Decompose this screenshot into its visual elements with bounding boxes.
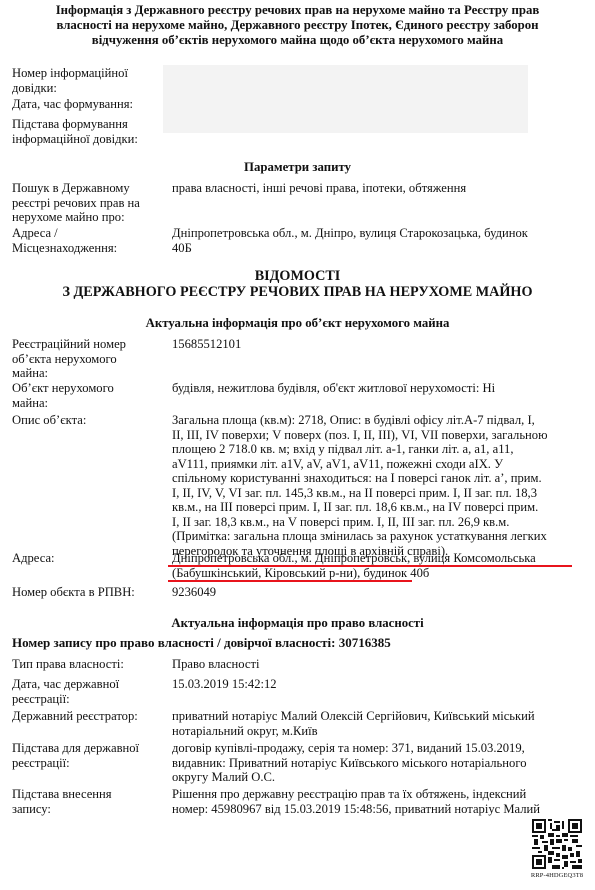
description-line: площею 2 718.0 кв. м; вхід у підвал літ.… bbox=[172, 442, 572, 457]
property-section-title: Актуальна інформація про об’єкт нерухомо… bbox=[0, 316, 595, 331]
property-description-value: Загальна площа (кв.м): 2718, Опис: в буд… bbox=[172, 413, 572, 558]
ownership-record-title: Номер запису про право власності / довір… bbox=[12, 636, 391, 651]
address-line-2: (Бабушкінський, Кіровський р-ни), будино… bbox=[172, 566, 572, 581]
label-line: об’єкта нерухомого bbox=[12, 352, 160, 367]
label-line: Номер інформаційної bbox=[12, 66, 160, 81]
description-line: (Примітка: загальна площа змінилась за р… bbox=[172, 529, 572, 544]
label-line: нерухоме майно про: bbox=[12, 210, 160, 225]
header-line-3: відчуження об’єктів нерухомого майна щод… bbox=[30, 33, 565, 48]
ownership-registrar-label: Державний реєстратор: bbox=[12, 709, 160, 724]
ownership-basis-value: договір купівлі-продажу, серія та номер:… bbox=[172, 741, 572, 785]
value-line: нотаріальний округ, м.Київ bbox=[172, 724, 572, 739]
main-title: ВІДОМОСТІ З ДЕРЖАВНОГО РЕЄСТРУ РЕЧОВИХ П… bbox=[0, 268, 595, 300]
property-description-label: Опис об’єкта: bbox=[12, 413, 160, 428]
property-rpvn-label: Номер обєкта в РПВН: bbox=[12, 585, 160, 600]
description-line: І, ІІ, ІV, V, VІ заг. пл. 145,3 кв.м., н… bbox=[172, 486, 572, 501]
address-line-text: (Бабушкінський, Кіровський р-ни), будино… bbox=[172, 566, 429, 580]
value-line: договір купівлі-продажу, серія та номер:… bbox=[172, 741, 572, 756]
property-address-value: Дніпропетровська обл., м. Дніпропетровсь… bbox=[172, 551, 572, 580]
label-line: майна: bbox=[12, 366, 160, 381]
label-line: Місцезнаходження: bbox=[12, 241, 160, 256]
qr-code-text: RRP-4HDGEQ3T8 bbox=[522, 872, 592, 880]
ownership-registrar-value: приватний нотаріус Малий Олексій Сергійо… bbox=[172, 709, 572, 738]
header-line-1: Інформація з Державного реєстру речових … bbox=[30, 3, 565, 18]
ownership-reg-date-label: Дата, час державної реєстрації: bbox=[12, 677, 160, 706]
ownership-entry-basis-value: Рішення про державну реєстрацію прав та … bbox=[172, 787, 572, 816]
label-line: Пошук в Державному bbox=[12, 181, 160, 196]
value-line: округу Малий О.С. bbox=[172, 770, 572, 785]
property-object-value: будівля, нежитлова будівля, об'єкт житло… bbox=[172, 381, 572, 396]
reference-datetime-label: Дата, час формування: bbox=[12, 97, 160, 112]
value-line: видавник: Приватний нотаріус Київського … bbox=[172, 756, 572, 771]
label-line: майна: bbox=[12, 396, 160, 411]
redacted-values-block bbox=[163, 65, 528, 133]
label-line: Реєстраційний номер bbox=[12, 337, 160, 352]
ownership-type-label: Тип права власності: bbox=[12, 657, 160, 672]
label-line: реєстрації: bbox=[12, 692, 160, 707]
qr-code-icon bbox=[532, 819, 582, 869]
reference-number-label: Номер інформаційної довідки: bbox=[12, 66, 160, 95]
ownership-section-title: Актуальна інформація про право власності bbox=[0, 616, 595, 631]
label-line: Підстава внесення bbox=[12, 787, 160, 802]
property-reg-number-value: 15685512101 bbox=[172, 337, 572, 352]
main-title-line-1: ВІДОМОСТІ bbox=[0, 268, 595, 284]
query-search-label: Пошук в Державному реєстрі речових прав … bbox=[12, 181, 160, 225]
label-line: реєстрі речових прав на bbox=[12, 196, 160, 211]
label-line: Підстава для державної bbox=[12, 741, 160, 756]
label-line: Дата, час державної bbox=[12, 677, 160, 692]
document-header: Інформація з Державного реєстру речових … bbox=[30, 3, 565, 48]
label-line: Об’єкт нерухомого bbox=[12, 381, 160, 396]
label-line: інформаційної довідки: bbox=[12, 132, 160, 147]
ownership-entry-basis-label: Підстава внесення запису: bbox=[12, 787, 160, 816]
main-title-line-2: З ДЕРЖАВНОГО РЕЄСТРУ РЕЧОВИХ ПРАВ НА НЕР… bbox=[0, 284, 595, 300]
label-line: довідки: bbox=[12, 81, 160, 96]
label-line: Підстава формування bbox=[12, 117, 160, 132]
value-line: номер: 45980967 від 15.03.2019 15:48:56,… bbox=[172, 802, 572, 817]
red-underline bbox=[168, 580, 412, 582]
description-line: І, ІІ заг. 18,3 кв.м., на V поверсі прим… bbox=[172, 515, 572, 530]
label-line: реєстрації: bbox=[12, 756, 160, 771]
property-object-label: Об’єкт нерухомого майна: bbox=[12, 381, 160, 410]
description-line: ІІ, ІІІ, IV поверхи; V поверх (поз. І, І… bbox=[172, 428, 572, 443]
ownership-reg-date-value: 15.03.2019 15:42:12 bbox=[172, 677, 572, 692]
description-line: спільному користуванні знаходиться: на І… bbox=[172, 471, 572, 486]
label-line: Адреса / bbox=[12, 226, 160, 241]
address-line-1: Дніпропетровська обл., м. Дніпропетровсь… bbox=[172, 551, 572, 566]
ownership-type-value: Право власності bbox=[172, 657, 572, 672]
property-address-label: Адреса: bbox=[12, 551, 160, 566]
description-line: аV111, приямки літ. а1V, аV, аV1, аV11, … bbox=[172, 457, 572, 472]
query-section-title: Параметри запиту bbox=[0, 160, 595, 175]
query-address-label: Адреса / Місцезнаходження: bbox=[12, 226, 160, 255]
reference-basis-label: Підстава формування інформаційної довідк… bbox=[12, 117, 160, 146]
query-search-value: права власності, інші речові права, іпот… bbox=[172, 181, 572, 196]
description-line: кв.м., на ІІІ поверсі прим. І, ІІ заг. п… bbox=[172, 500, 572, 515]
value-line: Дніпропетровська обл., м. Дніпро, вулиця… bbox=[172, 226, 572, 241]
address-line-text: Дніпропетровська обл., м. Дніпропетровсь… bbox=[172, 551, 536, 565]
value-line: 40Б bbox=[172, 241, 572, 256]
ownership-basis-label: Підстава для державної реєстрації: bbox=[12, 741, 160, 770]
query-address-value: Дніпропетровська обл., м. Дніпро, вулиця… bbox=[172, 226, 572, 255]
label-line: запису: bbox=[12, 802, 160, 817]
value-line: приватний нотаріус Малий Олексій Сергійо… bbox=[172, 709, 572, 724]
header-line-2: власності на нерухоме майно, Державного … bbox=[30, 18, 565, 33]
description-line: Загальна площа (кв.м): 2718, Опис: в буд… bbox=[172, 413, 572, 428]
property-reg-number-label: Реєстраційний номер об’єкта нерухомого м… bbox=[12, 337, 160, 381]
property-rpvn-value: 9236049 bbox=[172, 585, 572, 600]
value-line: Рішення про державну реєстрацію прав та … bbox=[172, 787, 572, 802]
